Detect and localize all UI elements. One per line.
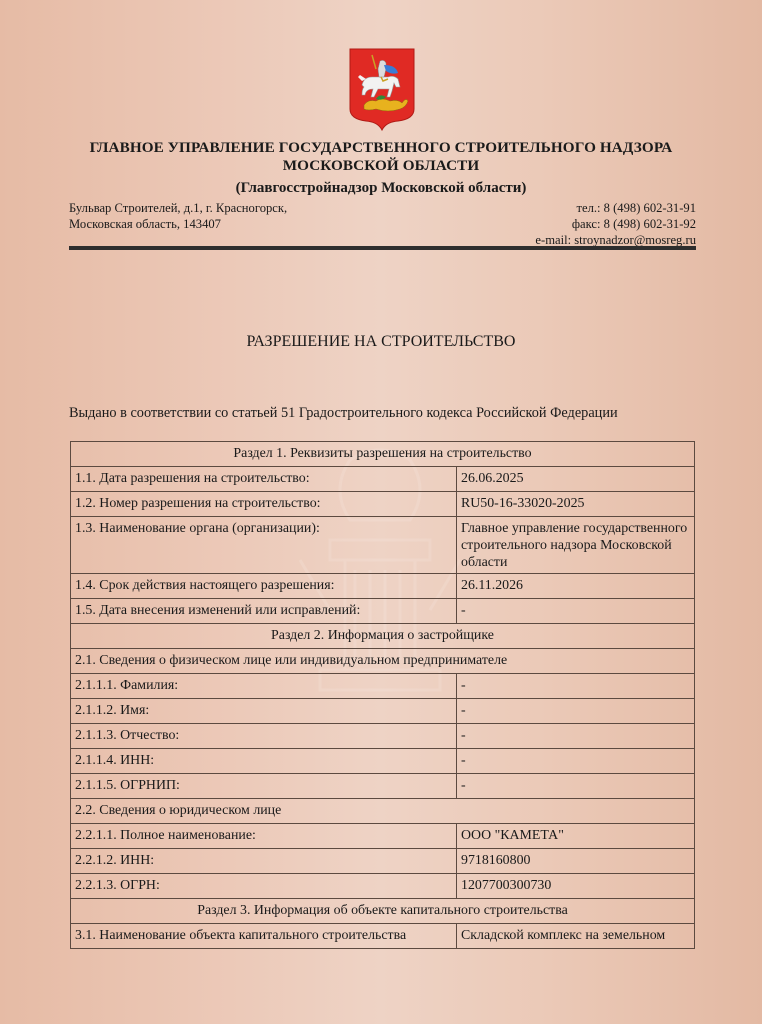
table-row: 2.2.1.1. Полное наименование: ООО "КАМЕТ… xyxy=(71,824,695,849)
section1-title: Раздел 1. Реквизиты разрешения на строит… xyxy=(71,442,695,467)
row-value: - xyxy=(457,699,695,724)
row-value: Главное управление государственного стро… xyxy=(457,517,695,574)
row-value: - xyxy=(457,599,695,624)
row-label: 2.1.1.1. Фамилия: xyxy=(71,674,457,699)
address-line2: Московская область, 143407 xyxy=(69,216,287,232)
permit-table: Раздел 1. Реквизиты разрешения на строит… xyxy=(70,441,695,949)
table-row: 1.2. Номер разрешения на строительство: … xyxy=(71,492,695,517)
row-value: - xyxy=(457,724,695,749)
phone: тел.: 8 (498) 602-31-91 xyxy=(535,200,696,216)
section-header-row: Раздел 2. Информация о застройщике xyxy=(71,624,695,649)
row-label: 1.2. Номер разрешения на строительство: xyxy=(71,492,457,517)
row-label: 1.5. Дата внесения изменений или исправл… xyxy=(71,599,457,624)
address-line1: Бульвар Строителей, д.1, г. Красногорск, xyxy=(69,200,287,216)
row-label: 3.1. Наименование объекта капитального с… xyxy=(71,924,457,949)
table-row: 2.1.1.1. Фамилия: - xyxy=(71,674,695,699)
document-title: РАЗРЕШЕНИЕ НА СТРОИТЕЛЬСТВО xyxy=(0,333,762,351)
row-value: ООО "КАМЕТА" xyxy=(457,824,695,849)
subsection-row: 2.1. Сведения о физическом лице или инди… xyxy=(71,649,695,674)
table-row: 2.1.1.3. Отчество: - xyxy=(71,724,695,749)
table-row: 3.1. Наименование объекта капитального с… xyxy=(71,924,695,949)
row-value: 26.11.2026 xyxy=(457,574,695,599)
fax: факс: 8 (498) 602-31-92 xyxy=(535,216,696,232)
table-row: 1.4. Срок действия настоящего разрешения… xyxy=(71,574,695,599)
row-label: 2.1.1.4. ИНН: xyxy=(71,749,457,774)
table-row: 1.1. Дата разрешения на строительство: 2… xyxy=(71,467,695,492)
row-label: 1.3. Наименование органа (организации): xyxy=(71,517,457,574)
issued-basis: Выдано в соответствии со статьей 51 Град… xyxy=(69,405,618,422)
row-label: 2.2.1.2. ИНН: xyxy=(71,849,457,874)
table-row: 1.5. Дата внесения изменений или исправл… xyxy=(71,599,695,624)
subsection-row: 2.2. Сведения о юридическом лице xyxy=(71,799,695,824)
header-divider xyxy=(69,246,696,250)
row-value: - xyxy=(457,674,695,699)
row-value: 9718160800 xyxy=(457,849,695,874)
row-label: 2.1.1.3. Отчество: xyxy=(71,724,457,749)
table-row: 2.2.1.2. ИНН: 9718160800 xyxy=(71,849,695,874)
row-value: Складской комплекс на земельном xyxy=(457,924,695,949)
row-label: 2.2.1.3. ОГРН: xyxy=(71,874,457,899)
row-value: 1207700300730 xyxy=(457,874,695,899)
address-block: Бульвар Строителей, д.1, г. Красногорск,… xyxy=(69,200,287,232)
section-header-row: Раздел 1. Реквизиты разрешения на строит… xyxy=(71,442,695,467)
organization-name-line1: ГЛАВНОЕ УПРАВЛЕНИЕ ГОСУДАРСТВЕННОГО СТРО… xyxy=(40,139,722,157)
row-value: RU50-16-33020-2025 xyxy=(457,492,695,517)
section3-title: Раздел 3. Информация об объекте капиталь… xyxy=(71,899,695,924)
row-label: 2.1.1.5. ОГРНИП: xyxy=(71,774,457,799)
organization-short-name: (Главгосстройнадзор Московской области) xyxy=(40,180,722,197)
coat-of-arms-icon xyxy=(348,47,416,131)
individual-heading: 2.1. Сведения о физическом лице или инди… xyxy=(71,649,695,674)
table-row: 2.2.1.3. ОГРН: 1207700300730 xyxy=(71,874,695,899)
row-label: 1.1. Дата разрешения на строительство: xyxy=(71,467,457,492)
section2-title: Раздел 2. Информация о застройщике xyxy=(71,624,695,649)
row-value: 26.06.2025 xyxy=(457,467,695,492)
organization-name-line2: МОСКОВСКОЙ ОБЛАСТИ xyxy=(40,157,722,175)
organization-name: ГЛАВНОЕ УПРАВЛЕНИЕ ГОСУДАРСТВЕННОГО СТРО… xyxy=(40,139,722,175)
row-value: - xyxy=(457,774,695,799)
row-label: 1.4. Срок действия настоящего разрешения… xyxy=(71,574,457,599)
table-row: 1.3. Наименование органа (организации): … xyxy=(71,517,695,574)
table-row: 2.1.1.5. ОГРНИП: - xyxy=(71,774,695,799)
row-label: 2.2.1.1. Полное наименование: xyxy=(71,824,457,849)
section-header-row: Раздел 3. Информация об объекте капиталь… xyxy=(71,899,695,924)
row-label: 2.1.1.2. Имя: xyxy=(71,699,457,724)
row-value: - xyxy=(457,749,695,774)
legal-heading: 2.2. Сведения о юридическом лице xyxy=(71,799,695,824)
contacts-block: тел.: 8 (498) 602-31-91 факс: 8 (498) 60… xyxy=(535,200,696,248)
table-row: 2.1.1.2. Имя: - xyxy=(71,699,695,724)
table-row: 2.1.1.4. ИНН: - xyxy=(71,749,695,774)
